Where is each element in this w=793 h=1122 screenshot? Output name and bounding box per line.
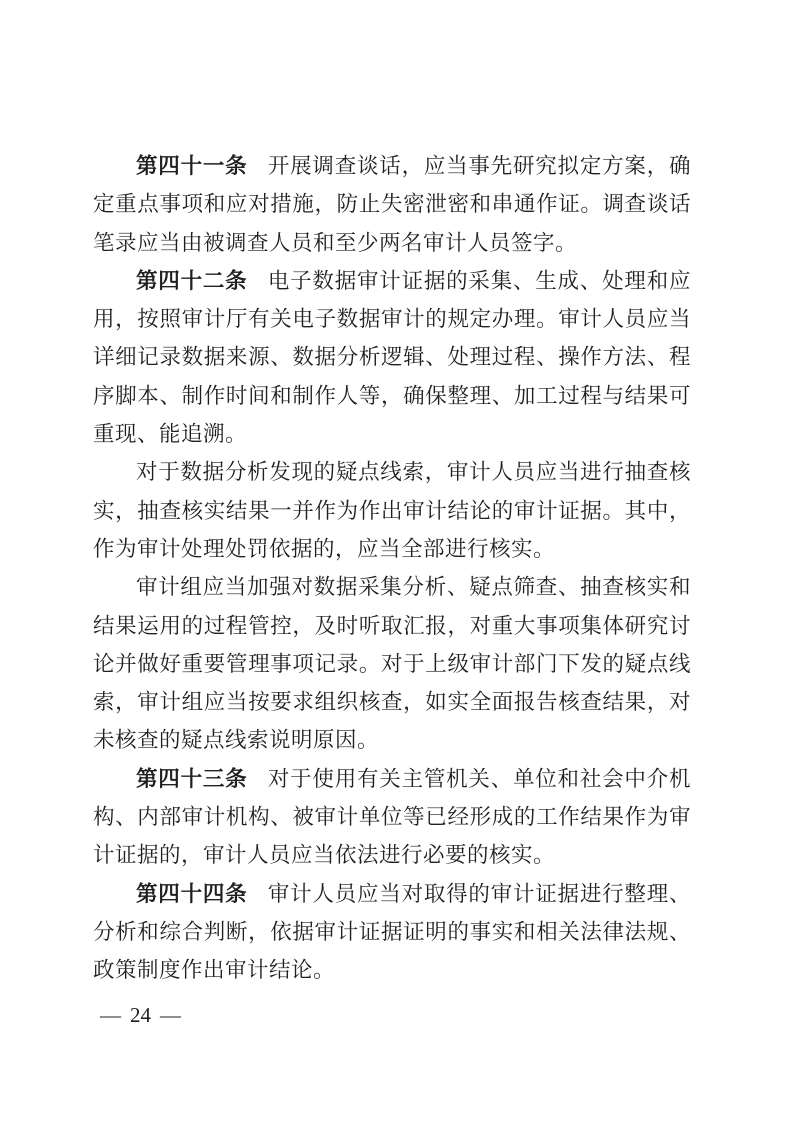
paragraph-article-44: 第四十四条审计人员应当对取得的审计证据进行整理、分析和综合判断，依据审计证据证明… (93, 875, 691, 990)
article-number: 第四十一条 (136, 154, 247, 178)
page-footer: —24— (100, 1000, 181, 1030)
document-page: 第四十一条开展调查谈话，应当事先研究拟定方案，确定重点事项和应对措施，防止失密泄… (0, 0, 793, 1122)
paragraph-text: 对于数据分析发现的疑点线索，审计人员应当进行抽查核实，抽查核实结果一并作为作出审… (93, 460, 691, 561)
document-body: 第四十一条开展调查谈话，应当事先研究拟定方案，确定重点事项和应对措施，防止失密泄… (93, 147, 691, 990)
paragraph-article-41: 第四十一条开展调查谈话，应当事先研究拟定方案，确定重点事项和应对措施，防止失密泄… (93, 147, 691, 262)
article-number: 第四十三条 (136, 767, 247, 791)
paragraph-article-42-sub-2: 审计组应当加强对数据采集分析、疑点筛查、抽查核实和结果运用的过程管控，及时听取汇… (93, 568, 691, 759)
paragraph-article-42: 第四十二条电子数据审计证据的采集、生成、处理和应用，按照审计厅有关电子数据审计的… (93, 262, 691, 453)
footer-dash-left: — (100, 1003, 121, 1027)
paragraph-article-42-sub-1: 对于数据分析发现的疑点线索，审计人员应当进行抽查核实，抽查核实结果一并作为作出审… (93, 453, 691, 568)
article-number: 第四十二条 (136, 269, 247, 293)
paragraph-text: 审计组应当加强对数据采集分析、疑点筛查、抽查核实和结果运用的过程管控，及时听取汇… (93, 575, 691, 752)
page-number: 24 (130, 1003, 151, 1027)
article-number: 第四十四条 (136, 882, 247, 906)
paragraph-article-43: 第四十三条对于使用有关主管机关、单位和社会中介机构、内部审计机构、被审计单位等已… (93, 760, 691, 875)
footer-dash-right: — (160, 1003, 181, 1027)
paragraph-text: 电子数据审计证据的采集、生成、处理和应用，按照审计厅有关电子数据审计的规定办理。… (93, 269, 691, 446)
